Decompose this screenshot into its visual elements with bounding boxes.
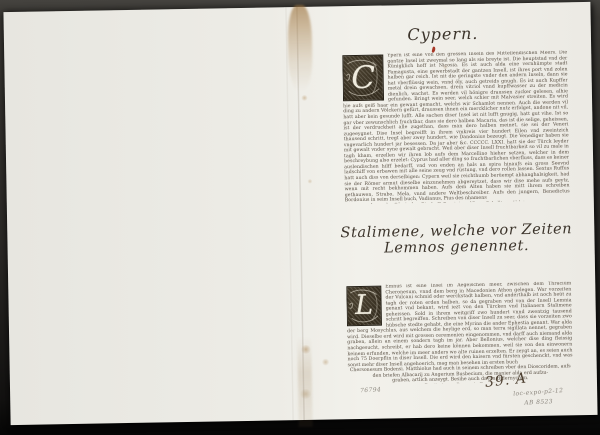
foxing-spot — [322, 359, 330, 366]
foxing-spot — [301, 95, 308, 101]
photo-backdrop: Cypern. C Ypern ist eine von den grossen… — [0, 0, 600, 435]
pencil-inventory-number: 76794 — [360, 386, 381, 394]
book-leaf: Cypern. C Ypern ist eine von den grossen… — [3, 2, 597, 425]
woodcut-initial-c: C — [342, 55, 384, 102]
section1-text-block: C Ypern ist eine von den grossen Inseln … — [342, 50, 570, 204]
drop-cap-letter: C — [351, 60, 375, 96]
fold-stain-top — [287, 5, 312, 91]
foxing-spot — [307, 179, 312, 184]
woodcut-initial-l: L — [346, 286, 382, 327]
drop-cap-letter: L — [355, 290, 373, 321]
section1-heading: Cypern. — [324, 22, 562, 45]
pencil-catalog-code-line1: loc-expo-p2-12 — [513, 387, 564, 397]
pencil-catalog-code-line2: AB 8523 — [524, 398, 553, 406]
section2-heading: Stalimene, welche vor Zeiten Lemnos gene… — [337, 221, 576, 257]
